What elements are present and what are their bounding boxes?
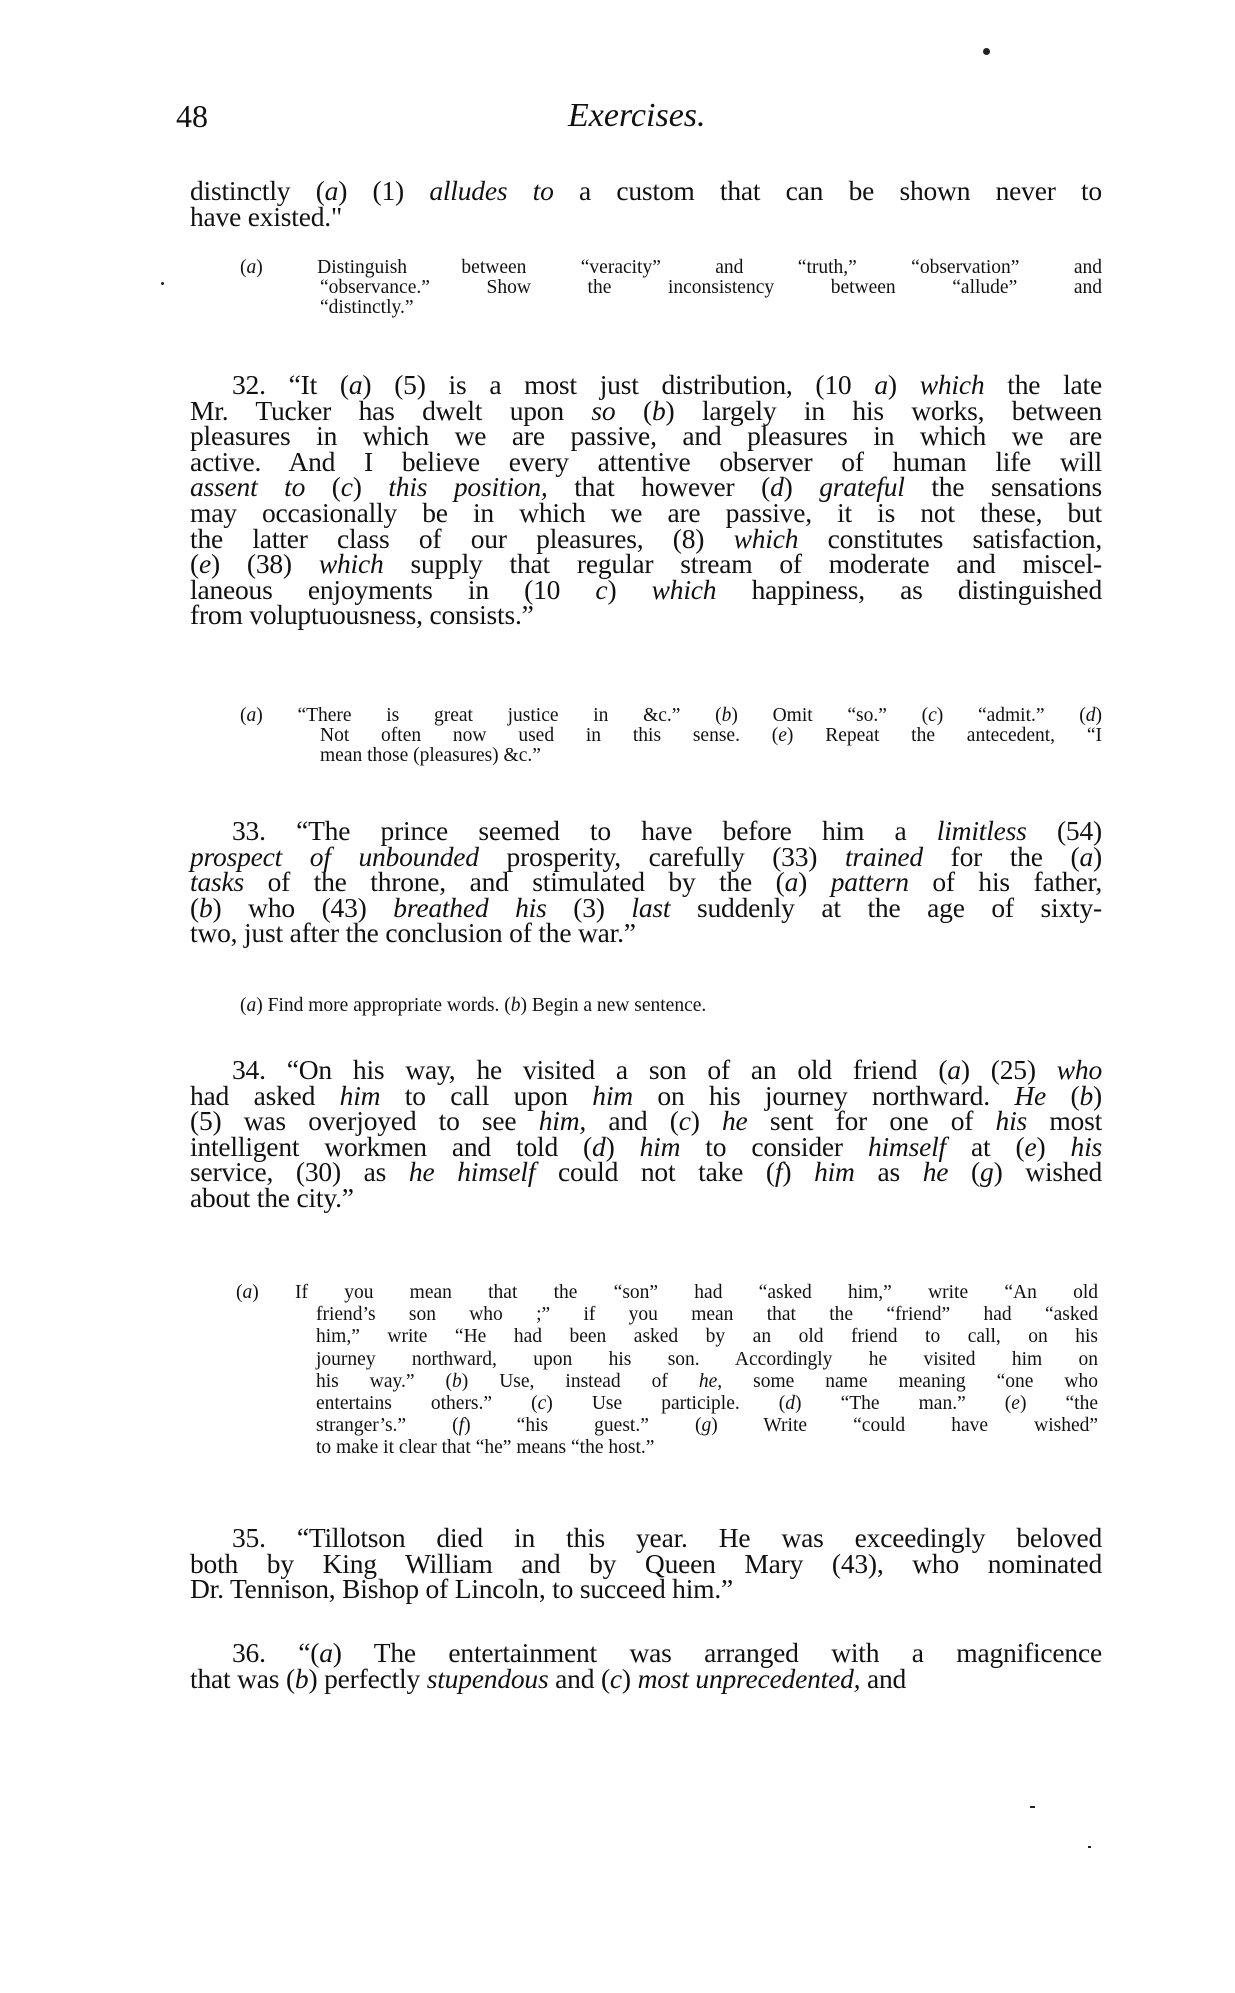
page-number: 48	[176, 96, 208, 136]
text-line: 32. “It (a) (5) is a most just distribut…	[190, 372, 1102, 398]
exercise-31-note: (a) Distinguish between “veracity” and “…	[240, 258, 1102, 318]
text-line: Not often now used in this sense. (e) Re…	[240, 726, 1102, 746]
text-line: (a) Distinguish between “veracity” and “…	[240, 258, 1102, 278]
exercise-33: 33. “The prince seemed to have before hi…	[190, 818, 1102, 946]
exercise-32: 32. “It (a) (5) is a most just distribut…	[190, 372, 1102, 628]
book-page: 48 Exercises. distinctly (a) (1) alludes…	[0, 0, 1235, 1993]
exercise-36: 36. “(a) The entertainment was arranged …	[190, 1640, 1102, 1691]
text-line: (a) If you mean that the “son” had “aske…	[236, 1282, 1098, 1304]
text-line: may occasionally be in which we are pass…	[190, 500, 1102, 526]
scan-speck	[1030, 1806, 1035, 1808]
exercise-34: 34. “On his way, he visited a son of an …	[190, 1057, 1102, 1211]
running-title: Exercises.	[568, 96, 706, 136]
text-line: (a) Find more appropriate words. (b) Beg…	[240, 996, 1102, 1016]
text-line: friend’s son who ;” if you mean that the…	[236, 1304, 1098, 1326]
text-line: 34. “On his way, he visited a son of an …	[190, 1057, 1102, 1083]
text-line: about the city.”	[190, 1185, 1102, 1211]
text-line: mean those (pleasures) &c.”	[240, 746, 1102, 766]
text-line: “observance.” Show the inconsistency bet…	[240, 278, 1102, 298]
scan-speck	[161, 282, 164, 285]
text-line: him,” write “He had been asked by an old…	[236, 1326, 1098, 1348]
text-line: (a) “There is great justice in &c.” (b) …	[240, 706, 1102, 726]
text-line: to make it clear that “he” means “the ho…	[236, 1437, 1098, 1459]
scan-speck	[1088, 1846, 1091, 1848]
text-line: 35. “Tillotson died in this year. He was…	[190, 1525, 1102, 1551]
text-line: two, just after the conclusion of the wa…	[190, 920, 1102, 946]
text-line: distinctly (a) (1) alludes to a custom t…	[190, 178, 1102, 204]
text-line: his way.” (b) Use, instead of he, some n…	[236, 1371, 1098, 1393]
text-line: that was (b) perfectly stupendous and (c…	[190, 1666, 1102, 1692]
text-line: (e) (38) which supply that regular strea…	[190, 551, 1102, 577]
text-line: have existed."	[190, 204, 1102, 230]
text-line: journey northward, upon his son. Accordi…	[236, 1349, 1098, 1371]
exercise-35: 35. “Tillotson died in this year. He was…	[190, 1525, 1102, 1602]
exercise-34-note: (a) If you mean that the “son” had “aske…	[236, 1282, 1098, 1460]
text-line: “distinctly.”	[240, 298, 1102, 318]
text-line: from voluptuousness, consists.”	[190, 602, 1102, 628]
continued-exercise-31: distinctly (a) (1) alludes to a custom t…	[190, 178, 1102, 229]
exercise-32-note: (a) “There is great justice in &c.” (b) …	[240, 706, 1102, 766]
text-line: Dr. Tennison, Bishop of Lincoln, to succ…	[190, 1576, 1102, 1602]
exercise-33-note: (a) Find more appropriate words. (b) Beg…	[240, 996, 1102, 1016]
text-line: stranger’s.” (f) “his guest.” (g) Write …	[236, 1415, 1098, 1437]
text-line: pleasures in which we are passive, and p…	[190, 423, 1102, 449]
text-line: entertains others.” (c) Use participle. …	[236, 1393, 1098, 1415]
scan-speck	[983, 48, 990, 55]
